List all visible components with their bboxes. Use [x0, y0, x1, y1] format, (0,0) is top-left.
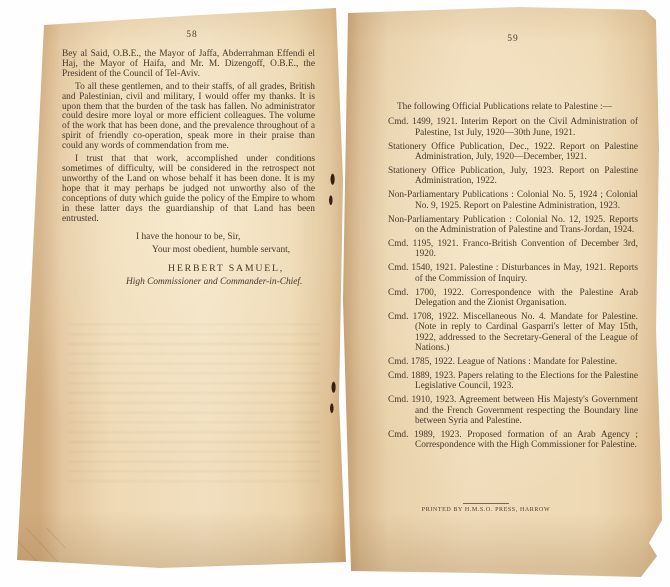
publication-entry: Non-Parliamentary Publications : Colonia…: [388, 190, 638, 211]
publication-entry: Cmd. 1785, 1922. League of Nations : Man…: [388, 357, 638, 367]
valediction-line-1: I have the honour to be, Sir,: [136, 233, 315, 243]
imprint-rule: [463, 503, 509, 504]
publication-entry: Cmd. 1889, 1923. Papers relating to the …: [388, 371, 638, 392]
binding-stitch-upper: [326, 170, 338, 212]
page-number-left: 58: [64, 30, 320, 40]
valediction-line-2: Your most obedient, humble servant,: [152, 246, 315, 256]
letter-paragraph: To all these gentlemen, and to their sta…: [62, 83, 315, 152]
publication-entry: Stationery Office Publication, Dec., 192…: [388, 142, 638, 163]
publication-entry: Cmd. 1700, 1922. Correspondence with the…: [388, 288, 638, 309]
publication-entry: Cmd. 1910, 1923. Agreement between His M…: [388, 395, 638, 426]
show-through-text: [68, 322, 320, 482]
publication-entry: Cmd. 1195, 1921. Franco-British Conventi…: [388, 239, 638, 260]
printer-imprint: PRINTED BY H.M.S.O. PRESS, HARROW: [420, 503, 552, 513]
imprint-text: PRINTED BY H.M.S.O. PRESS, HARROW: [420, 507, 552, 513]
publication-entry: Stationery Office Publication, July, 192…: [388, 166, 638, 187]
publication-entry: Cmd. 1989, 1923. Proposed formation of a…: [388, 430, 638, 451]
signature-title: High Commissioner and Commander-in-Chief…: [126, 278, 315, 288]
publication-entry: Cmd. 1708, 1922. Miscellaneous No. 4. Ma…: [388, 312, 638, 354]
publications-intro: The following Official Publications rela…: [388, 102, 638, 112]
corner-crease: [14, 528, 66, 570]
publication-entry: Cmd. 1540, 1921. Palestine : Disturbance…: [388, 263, 638, 284]
publications-list: The following Official Publications rela…: [388, 102, 638, 454]
page-number-right: 59: [388, 34, 638, 44]
book-photo: 58 Bey al Said, O.B.E., the Mayor of Jaf…: [0, 0, 670, 587]
signature-name: HERBERT SAMUEL,: [168, 264, 315, 274]
publication-entry: Non-Parliamentary Publication : Colonial…: [388, 215, 638, 236]
letter-paragraph: Bey al Said, O.B.E., the Mayor of Jaffa,…: [62, 50, 315, 80]
publication-entry: Cmd. 1499, 1921. Interim Report on the C…: [388, 117, 638, 138]
letter-text-block: Bey al Said, O.B.E., the Mayor of Jaffa,…: [62, 50, 315, 288]
letter-paragraph: I trust that that work, accomplished und…: [62, 155, 315, 224]
binding-stitch-lower: [327, 378, 339, 420]
